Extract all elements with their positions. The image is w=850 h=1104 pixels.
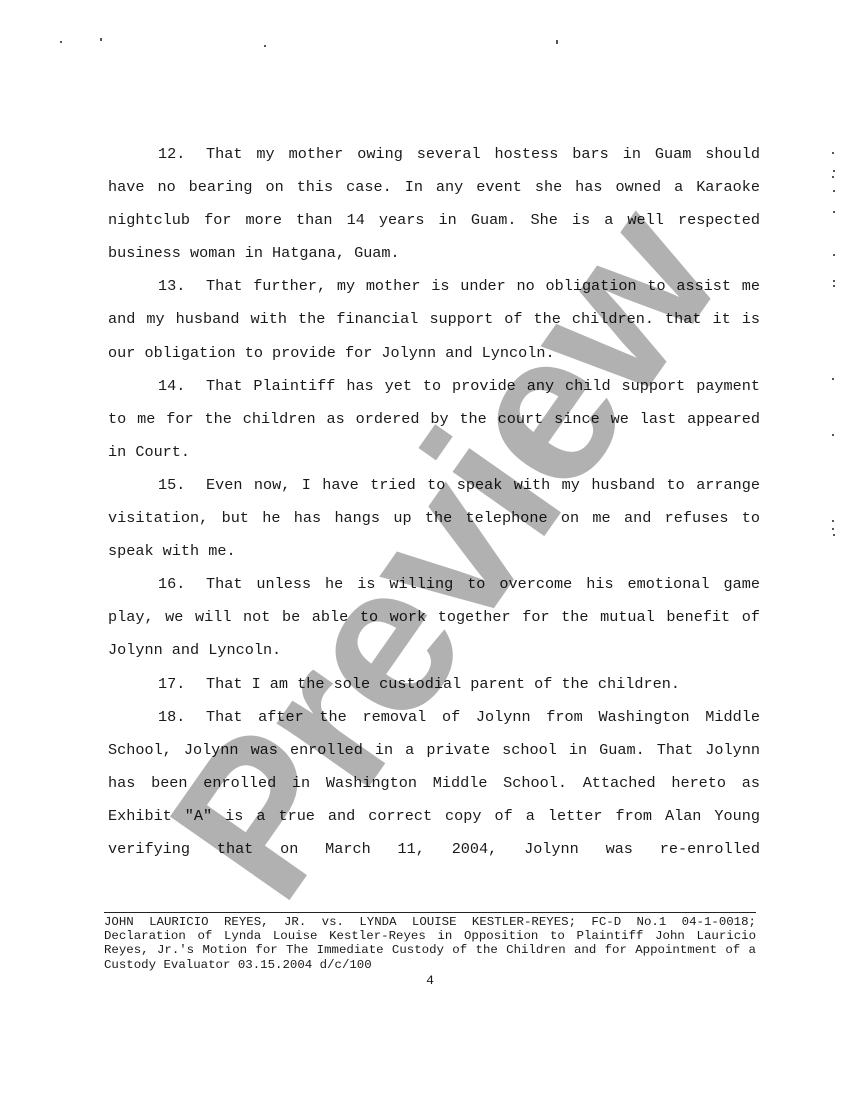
page-number: 4 [104, 973, 756, 988]
paragraph-12: 12.That my mother owing several hostess … [108, 138, 760, 270]
declaration-body: 12.That my mother owing several hostess … [108, 138, 760, 866]
paragraph-14: 14.That Plaintiff has yet to provide any… [108, 370, 760, 469]
paragraph-18: 18.That after the removal of Jolynn from… [108, 701, 760, 866]
scan-speck [833, 285, 835, 287]
scan-speck [833, 280, 835, 282]
scan-speck [556, 40, 558, 44]
paragraph-number: 17. [158, 668, 206, 701]
paragraph-number: 13. [158, 270, 206, 303]
paragraph-text: That my mother owing several hostess bar… [108, 145, 760, 262]
scan-speck [832, 152, 834, 154]
scan-speck [832, 520, 834, 522]
scan-speck [833, 190, 835, 192]
paragraph-text: That Plaintiff has yet to provide any ch… [108, 377, 760, 461]
scan-speck [264, 45, 266, 47]
scan-speck [833, 170, 835, 172]
paragraph-number: 14. [158, 370, 206, 403]
paragraph-15: 15.Even now, I have tried to speak with … [108, 469, 760, 568]
paragraph-text: That unless he is willing to overcome hi… [108, 575, 760, 659]
document-page: 12.That my mother owing several hostess … [0, 0, 850, 1104]
footer-divider [104, 912, 756, 913]
paragraph-16: 16.That unless he is willing to overcome… [108, 568, 760, 667]
scan-speck [833, 534, 835, 536]
paragraph-number: 15. [158, 469, 206, 502]
scan-speck [832, 528, 834, 530]
document-title-caption: Declaration of Lynda Louise Kestler-Reye… [104, 929, 756, 972]
paragraph-text: Even now, I have tried to speak with my … [108, 476, 760, 560]
case-caption-footer: JOHN LAURICIO REYES, JR. vs. LYNDA LOUIS… [104, 912, 756, 988]
scan-speck [832, 378, 834, 380]
paragraph-13: 13.That further, my mother is under no o… [108, 270, 760, 369]
paragraph-number: 16. [158, 568, 206, 601]
scan-speck [832, 434, 834, 436]
scan-speck [100, 38, 102, 41]
paragraph-17: 17.That I am the sole custodial parent o… [108, 668, 760, 701]
scan-speck [833, 254, 835, 256]
paragraph-text: That further, my mother is under no obli… [108, 277, 760, 361]
paragraph-text: That I am the sole custodial parent of t… [206, 675, 680, 693]
scan-speck [832, 176, 834, 178]
case-caption-line: JOHN LAURICIO REYES, JR. vs. LYNDA LOUIS… [104, 915, 756, 929]
scan-speck [833, 211, 835, 213]
scan-speck [60, 41, 62, 43]
paragraph-number: 12. [158, 138, 206, 171]
paragraph-number: 18. [158, 701, 206, 734]
